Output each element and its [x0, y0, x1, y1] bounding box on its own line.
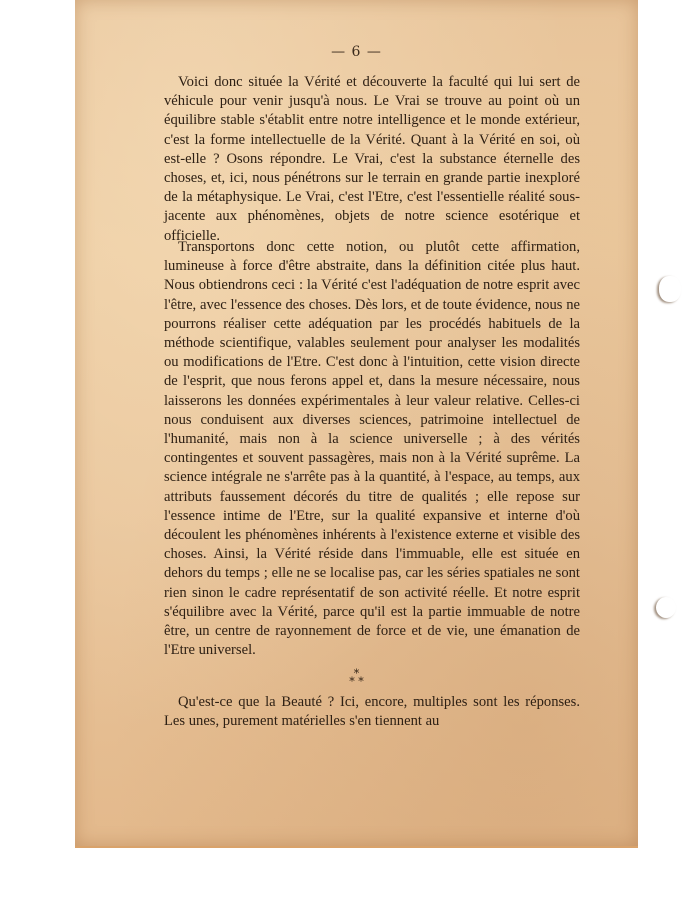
punch-hole: [656, 597, 676, 618]
page-number: — 6 —: [75, 44, 638, 60]
punch-hole: [659, 276, 681, 302]
paragraph-text: Transportons donc cette notion, ou plutô…: [164, 238, 580, 660]
asterism-separator: * * *: [75, 670, 638, 686]
paragraph-transportons: Transportons donc cette notion, ou plutô…: [164, 238, 580, 660]
paragraph-verite-situee: Voici donc située la Vérité et découvert…: [164, 73, 580, 246]
paragraph-text: Voici donc située la Vérité et découvert…: [164, 73, 580, 246]
paragraph-text: Qu'est-ce que la Beauté ? Ici, encore, m…: [164, 693, 580, 731]
paragraph-beaute: Qu'est-ce que la Beauté ? Ici, encore, m…: [164, 693, 580, 731]
scanned-page: — 6 — Voici donc située la Vérité et déc…: [75, 0, 638, 848]
asterism-bottom: * *: [75, 678, 638, 686]
